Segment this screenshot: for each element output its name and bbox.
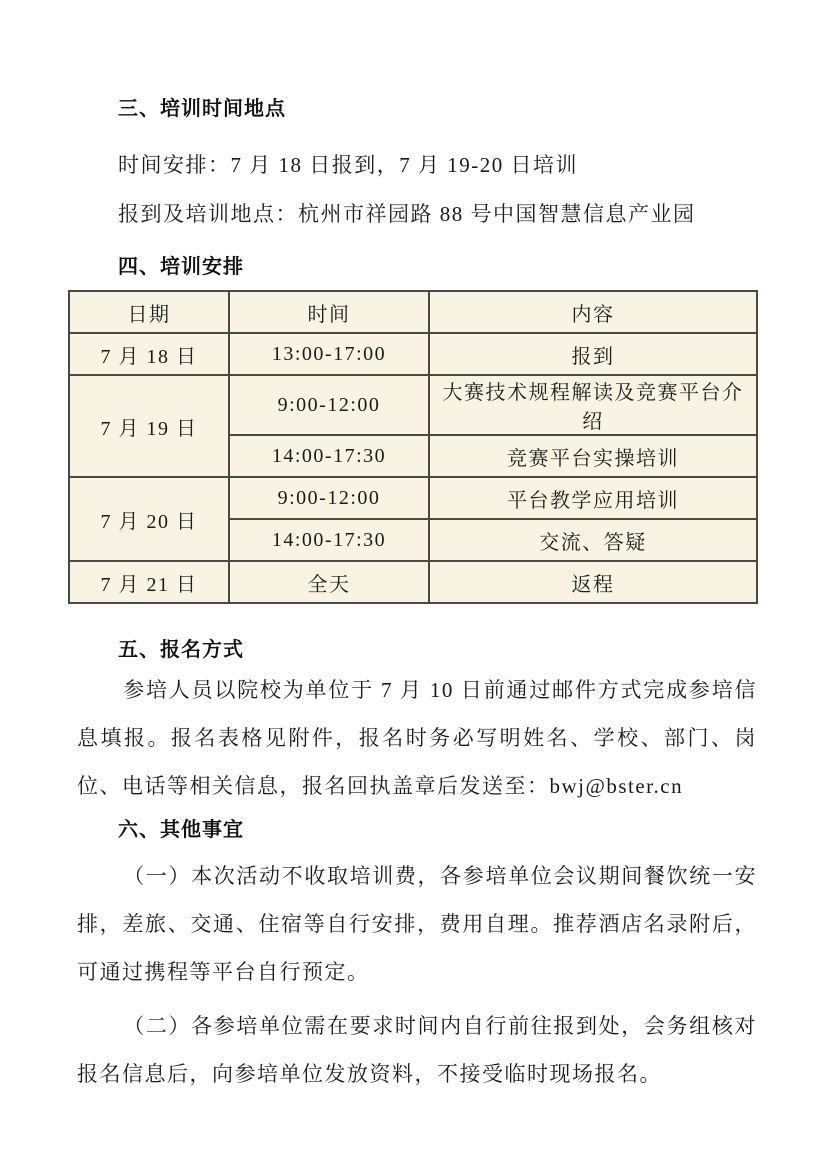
other-matters-paragraph-2: （二）各参培单位需在要求时间内自行前往报到处，会务组核对报名信息后，向参培单位发… (77, 1002, 757, 1098)
cell-content: 平台教学应用培训 (429, 477, 757, 519)
registration-method-paragraph: 参培人员以院校为单位于 7 月 10 日前通过邮件方式完成参培信息填报。报名表格… (77, 666, 757, 810)
training-time-line: 时间安排：7 月 18 日报到，7 月 19-20 日培训 (118, 141, 757, 190)
header-cell-date: 日期 (69, 291, 229, 333)
other-matters-paragraph-1: （一）本次活动不收取培训费，各参培单位会议期间餐饮统一安排，差旅、交通、住宿等自… (77, 852, 757, 996)
table-row: 7 月 19 日 9:00-12:00 大赛技术规程解读及竞赛平台介绍 (69, 375, 757, 435)
cell-content: 大赛技术规程解读及竞赛平台介绍 (429, 375, 757, 435)
cell-date-jul21: 7 月 21 日 (69, 561, 229, 603)
section5-heading: 五、报名方式 (118, 636, 757, 664)
cell-content: 报到 (429, 333, 757, 375)
table-header-row: 日期 时间 内容 (69, 291, 757, 333)
cell-time: 13:00-17:00 (229, 333, 429, 375)
header-cell-time: 时间 (229, 291, 429, 333)
section3-body: 时间安排：7 月 18 日报到，7 月 19-20 日培训 报到及培训地点：杭州… (77, 141, 757, 239)
cell-date-jul19: 7 月 19 日 (69, 375, 229, 477)
cell-time: 9:00-12:00 (229, 477, 429, 519)
cell-time: 14:00-17:30 (229, 435, 429, 477)
cell-date-jul18: 7 月 18 日 (69, 333, 229, 375)
section4-heading: 四、培训安排 (118, 253, 757, 281)
cell-content: 返程 (429, 561, 757, 603)
table-row: 7 月 18 日 13:00-17:00 报到 (69, 333, 757, 375)
cell-time: 14:00-17:30 (229, 519, 429, 561)
cell-time: 9:00-12:00 (229, 375, 429, 435)
table-row: 7 月 21 日 全天 返程 (69, 561, 757, 603)
document-page: 三、培训时间地点 时间安排：7 月 18 日报到，7 月 19-20 日培训 报… (0, 0, 826, 1168)
training-schedule-table: 日期 时间 内容 7 月 18 日 13:00-17:00 报到 7 月 19 … (68, 290, 758, 604)
cell-content: 竞赛平台实操培训 (429, 435, 757, 477)
training-location-line: 报到及培训地点：杭州市祥园路 88 号中国智慧信息产业园 (118, 190, 757, 239)
section6-heading: 六、其他事宜 (118, 816, 757, 844)
header-cell-content: 内容 (429, 291, 757, 333)
table-row: 7 月 20 日 9:00-12:00 平台教学应用培训 (69, 477, 757, 519)
section3-heading: 三、培训时间地点 (118, 95, 757, 123)
cell-time: 全天 (229, 561, 429, 603)
cell-date-jul20: 7 月 20 日 (69, 477, 229, 561)
cell-content: 交流、答疑 (429, 519, 757, 561)
